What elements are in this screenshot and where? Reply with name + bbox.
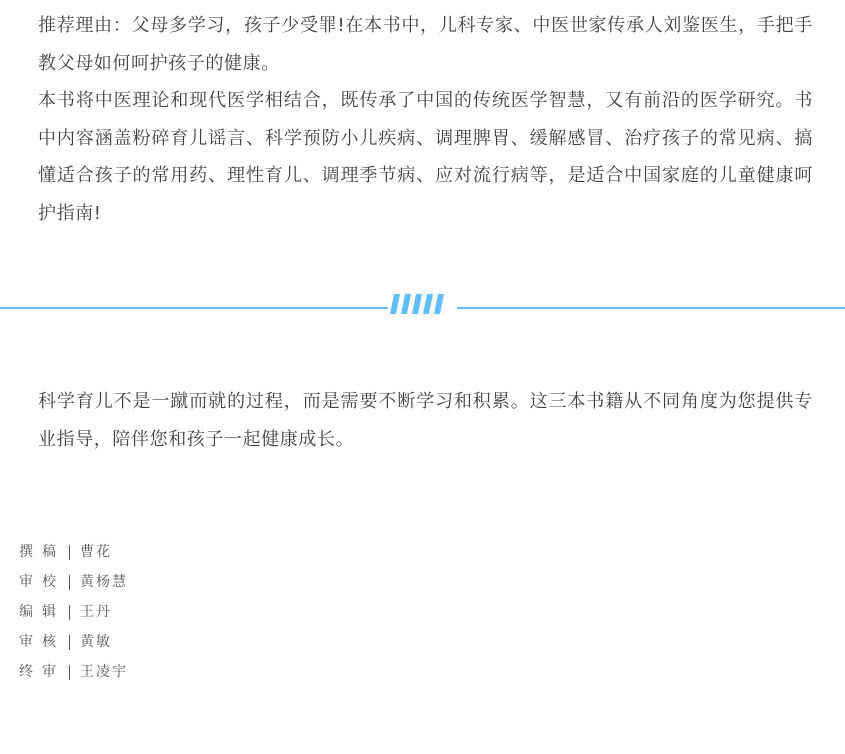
credit-name: 王丹: [80, 597, 112, 627]
credit-separator: [69, 605, 70, 620]
credit-name: 黄杨慧: [80, 567, 128, 597]
credit-separator: [69, 575, 70, 590]
credit-name: 王凌宇: [80, 657, 128, 687]
credit-role: 审核: [19, 627, 67, 657]
credit-role: 终审: [19, 657, 67, 687]
closing-section: 科学育儿不是一蹴而就的过程，而是需要不断学习和积累。这三本书籍从不同角度为您提供…: [38, 383, 813, 458]
slash-stripes-icon: [390, 294, 445, 314]
credit-role: 审校: [19, 567, 67, 597]
recommendation-paragraph: 推荐理由：父母多学习，孩子少受罪!在本书中，儿科专家、中医世家传承人刘鉴医生，手…: [38, 7, 813, 82]
credits-list: 撰稿 曹花 审校 黄杨慧 编辑 王丹 审核 黄敏 终审 王凌宇: [19, 537, 128, 687]
credit-role: 编辑: [19, 597, 67, 627]
credit-row-final-reviewer: 终审 王凌宇: [19, 657, 128, 687]
book-description-paragraph: 本书将中医理论和现代医学相结合，既传承了中国的传统医学智慧，又有前沿的医学研究。…: [38, 82, 813, 232]
closing-paragraph: 科学育儿不是一蹴而就的过程，而是需要不断学习和积累。这三本书籍从不同角度为您提供…: [38, 383, 813, 458]
credit-separator: [69, 665, 70, 680]
credit-separator: [69, 545, 70, 560]
credit-name: 黄敏: [80, 627, 112, 657]
section-divider: [0, 290, 845, 318]
credit-row-editor: 编辑 王丹: [19, 597, 128, 627]
credit-row-reviewer: 审核 黄敏: [19, 627, 128, 657]
credit-name: 曹花: [80, 537, 112, 567]
credit-row-writer: 撰稿 曹花: [19, 537, 128, 567]
intro-section: 推荐理由：父母多学习，孩子少受罪!在本书中，儿科专家、中医世家传承人刘鉴医生，手…: [38, 7, 813, 232]
divider-line-right: [457, 307, 845, 309]
divider-line-left: [0, 307, 388, 309]
credit-role: 撰稿: [19, 537, 67, 567]
credit-separator: [69, 635, 70, 650]
credit-row-proofreader: 审校 黄杨慧: [19, 567, 128, 597]
